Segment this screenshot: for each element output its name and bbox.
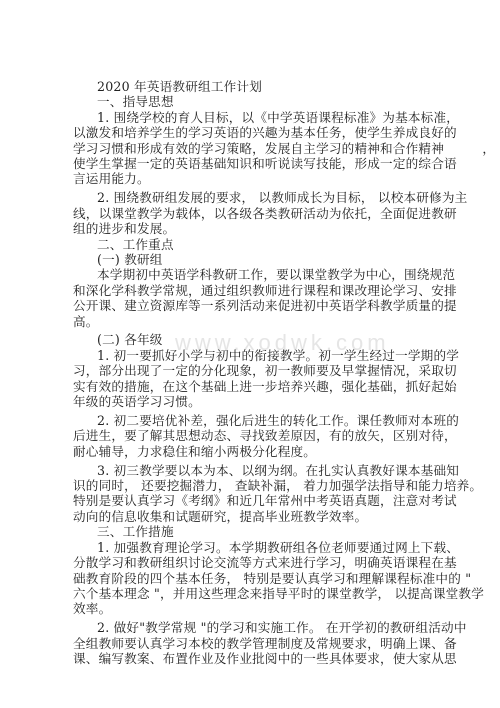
text-line: 效率。 — [73, 600, 111, 618]
text-line: 言运用能力。 — [73, 170, 150, 188]
text-line: 六个基本理念 "，并用这些理念来指导平时的课堂教学， 以提高课堂教学 — [73, 585, 484, 603]
text-line: 公开课、建立资源库等一系列活动来促进初中英语学科教学质量的提 — [73, 297, 457, 315]
text-line: 耐心辅导，力求稳住和缩小两极分化程度。 — [73, 443, 316, 461]
text-line: 年级的英语学习习惯。 — [73, 393, 201, 411]
document-page: www.xodwk.com 2020 年英语教研组工作计划一、指导思想1. 围绕… — [0, 0, 500, 708]
text-line: 高。 — [73, 313, 99, 331]
text-line: 课、编写教案、布置作业及作业批阅中的一些具体要求，使大家从思 — [73, 650, 457, 668]
